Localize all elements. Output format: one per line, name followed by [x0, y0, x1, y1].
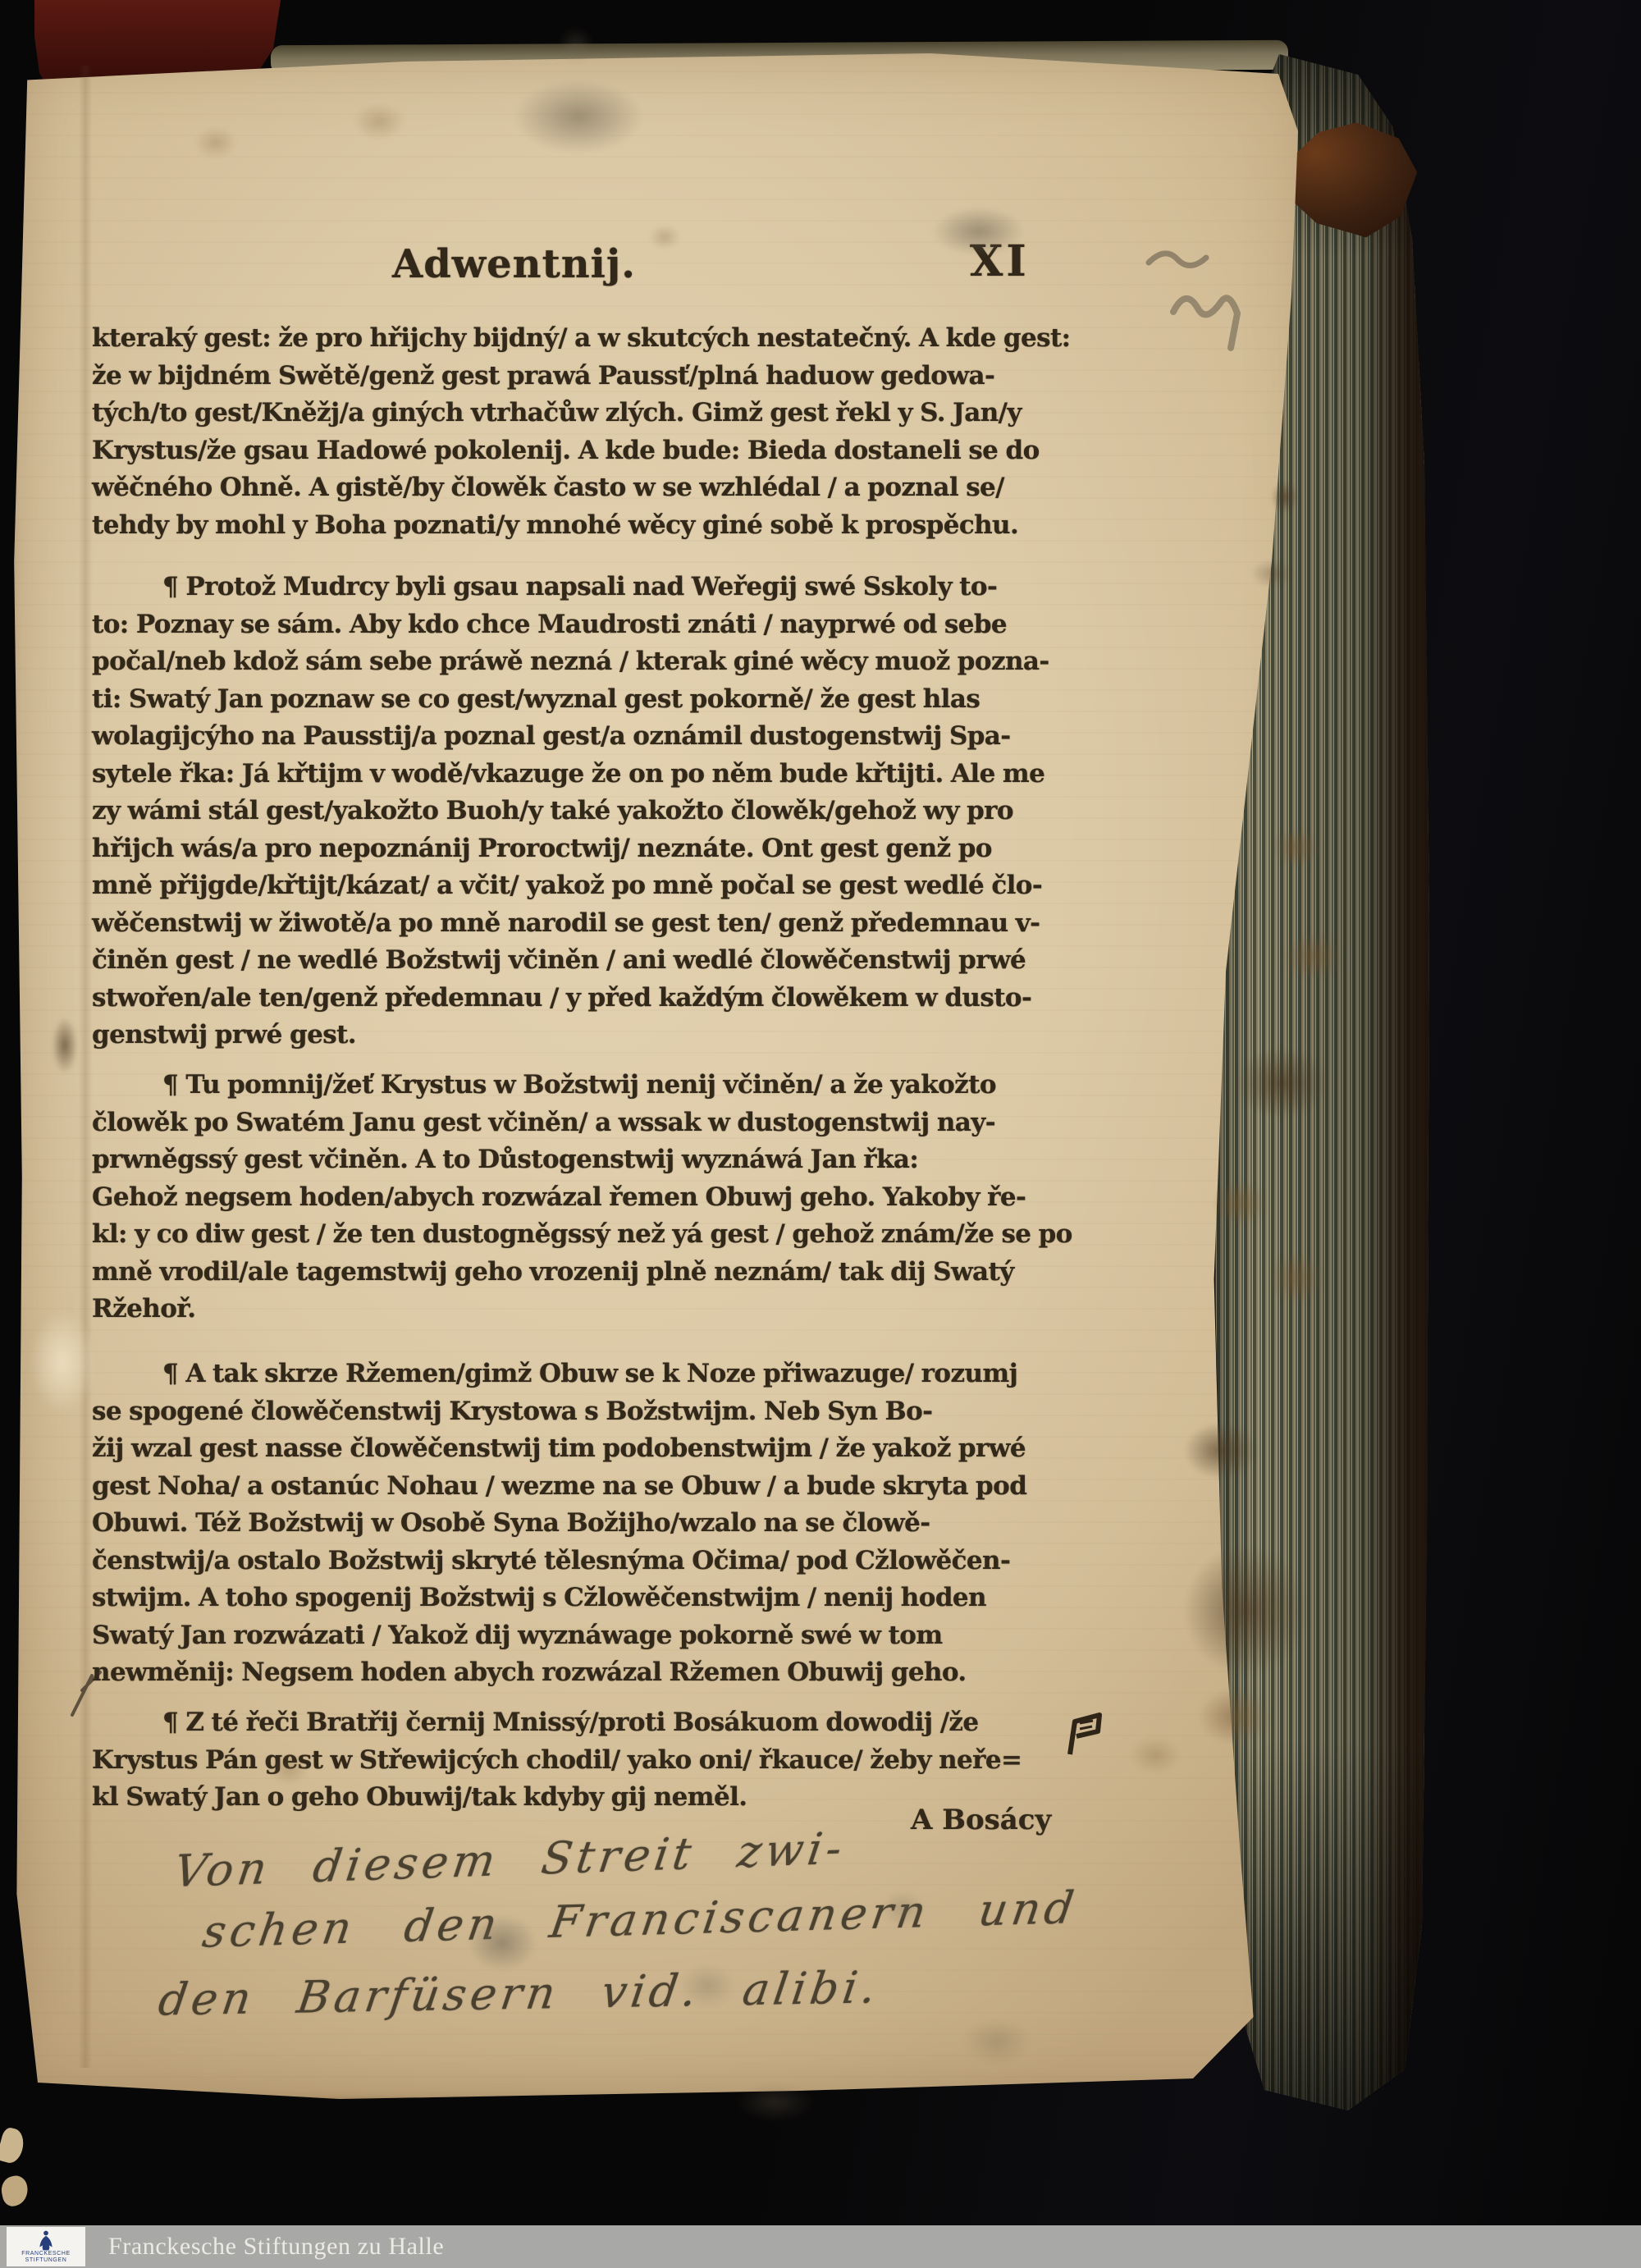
text-line: mně přijgde/křtijt/kázat/ a včit/ yakož … [92, 867, 1076, 905]
paper-fold-shadow [79, 66, 92, 2068]
text-line: kl: y co diw gest / že ten dustogněgssý … [92, 1216, 1076, 1254]
text-line: ¶ Z té řeči Bratřij černij Mnissý/proti … [92, 1704, 1076, 1742]
logo-caption-line: STIFTUNGEN [21, 2257, 71, 2264]
margin-ink-mark [64, 1666, 113, 1723]
text-line: mně vrodil/ale tagemstwij geho vrozenij … [92, 1254, 1076, 1292]
text-line: tehdy by mohl y Boha poznati/y mnohé wěc… [92, 507, 1076, 545]
text-line: newměnij: Negsem hoden abych rozwázal Rž… [92, 1654, 1076, 1692]
text-line: počal/neb kdož sám sebe práwě nezná / kt… [92, 643, 1076, 681]
text-line: stwořen/ale ten/genž předemnau / y před … [92, 980, 1076, 1017]
scan-photo: Adwentnij. XI kteraký gest: že pro hřijc… [0, 0, 1641, 2268]
page-header-title: Adwentnij. [392, 241, 636, 287]
paragraph: ¶ Protož Mudrcy byli gsau napsali nad We… [92, 569, 1076, 1054]
text-line: Obuwi. Též Božstwij w Osobě Syna Božijho… [92, 1505, 1076, 1543]
paper-tear [0, 2174, 30, 2208]
ink-squiggle [1140, 238, 1247, 361]
text-line: prwněgssý gest včiněn. A to Důstogenstwi… [92, 1141, 1076, 1179]
text-line: Krystus/že gsau Hadowé pokolenij. A kde … [92, 432, 1076, 470]
text-line: tých/to gest/Kněžj/a giných vtrhačůw zlý… [92, 395, 1076, 432]
logo-emblem-icon [32, 2229, 60, 2251]
text-line: wolagijcýho na Pausstij/a poznal gest/a … [92, 718, 1076, 756]
text-line: ti: Swatý Jan poznaw se co gest/wyznal g… [92, 681, 1076, 719]
text-line: wěčného Ohně. A gistě/by člowěk často w … [92, 469, 1076, 507]
manicule-ink-mark [1063, 1707, 1106, 1761]
paper-tear [0, 2126, 27, 2165]
footer-bar: FRANCKESCHE STIFTUNGEN Franckesche Stift… [0, 2225, 1641, 2268]
text-line: Ržehoř. [92, 1291, 1076, 1328]
paragraph: ¶ A tak skrze Ržemen/gimž Obuw se k Noze… [92, 1356, 1076, 1692]
text-line: sytele řka: Já křtijm v wodě/vkazuge že … [92, 756, 1076, 793]
text-line: čenstwij/a ostalo Božstwij skryté tělesn… [92, 1543, 1076, 1580]
footer-label: Franckesche Stiftungen zu Halle [108, 2233, 444, 2261]
page-number: XI [970, 236, 1030, 286]
text-line: ¶ Protož Mudrcy byli gsau napsali nad We… [92, 569, 1076, 606]
text-line: člowěk po Swatém Janu gest včiněn/ a wss… [92, 1104, 1076, 1142]
text-line: kteraký gest: že pro hřijchy bijdný/ a w… [92, 320, 1076, 358]
text-line: gest Noha/ a ostanúc Nohau / wezme na se… [92, 1468, 1076, 1506]
text-line: wěčenstwij w žiwotě/a po mně narodil se … [92, 905, 1076, 943]
text-line: stwijm. A toho spogenij Božstwij s Cžlow… [92, 1580, 1076, 1617]
text-line: Swatý Jan rozwázati / Yakož dij wyznáwag… [92, 1617, 1076, 1655]
institution-logo: FRANCKESCHE STIFTUNGEN [7, 2227, 85, 2266]
text-line: zy wámi stál gest/yakožto Buoh/y také ya… [92, 793, 1076, 830]
paragraph: ¶ Z té řeči Bratřij černij Mnissý/proti … [92, 1704, 1076, 1817]
text-line: se spogené člowěčenstwij Krystowa s Božs… [92, 1393, 1076, 1431]
text-line: ¶ Tu pomnij/žeť Krystus w Božstwij nenij… [92, 1067, 1076, 1104]
catchword: A Bosácy [911, 1804, 1051, 1836]
text-line: ¶ A tak skrze Ržemen/gimž Obuw se k Noze… [92, 1356, 1076, 1393]
text-line: to: Poznay se sám. Aby kdo chce Maudrost… [92, 606, 1076, 644]
text-line: Gehož negsem hoden/abych rozwázal řemen … [92, 1179, 1076, 1217]
logo-caption: FRANCKESCHE STIFTUNGEN [21, 2251, 71, 2264]
paragraph: kteraký gest: že pro hřijchy bijdný/ a w… [92, 320, 1076, 544]
text-line: genstwij prwé gest. [92, 1017, 1076, 1054]
text-line: že w bijdném Swětě/genž gest prawá Pauss… [92, 358, 1076, 396]
text-line: žij wzal gest nasse člowěčenstwij tim po… [92, 1430, 1076, 1468]
text-line: činěn gest / ne wedlé Božstwij včiněn / … [92, 942, 1076, 980]
paragraph: ¶ Tu pomnij/žeť Krystus w Božstwij nenij… [92, 1067, 1076, 1328]
text-line: Krystus Pán gest w Střewijcých chodil/ y… [92, 1742, 1076, 1780]
logo-caption-line: FRANCKESCHE [21, 2251, 71, 2257]
text-line: hřijch wás/a pro nepoznánij Proroctwij/ … [92, 830, 1076, 868]
